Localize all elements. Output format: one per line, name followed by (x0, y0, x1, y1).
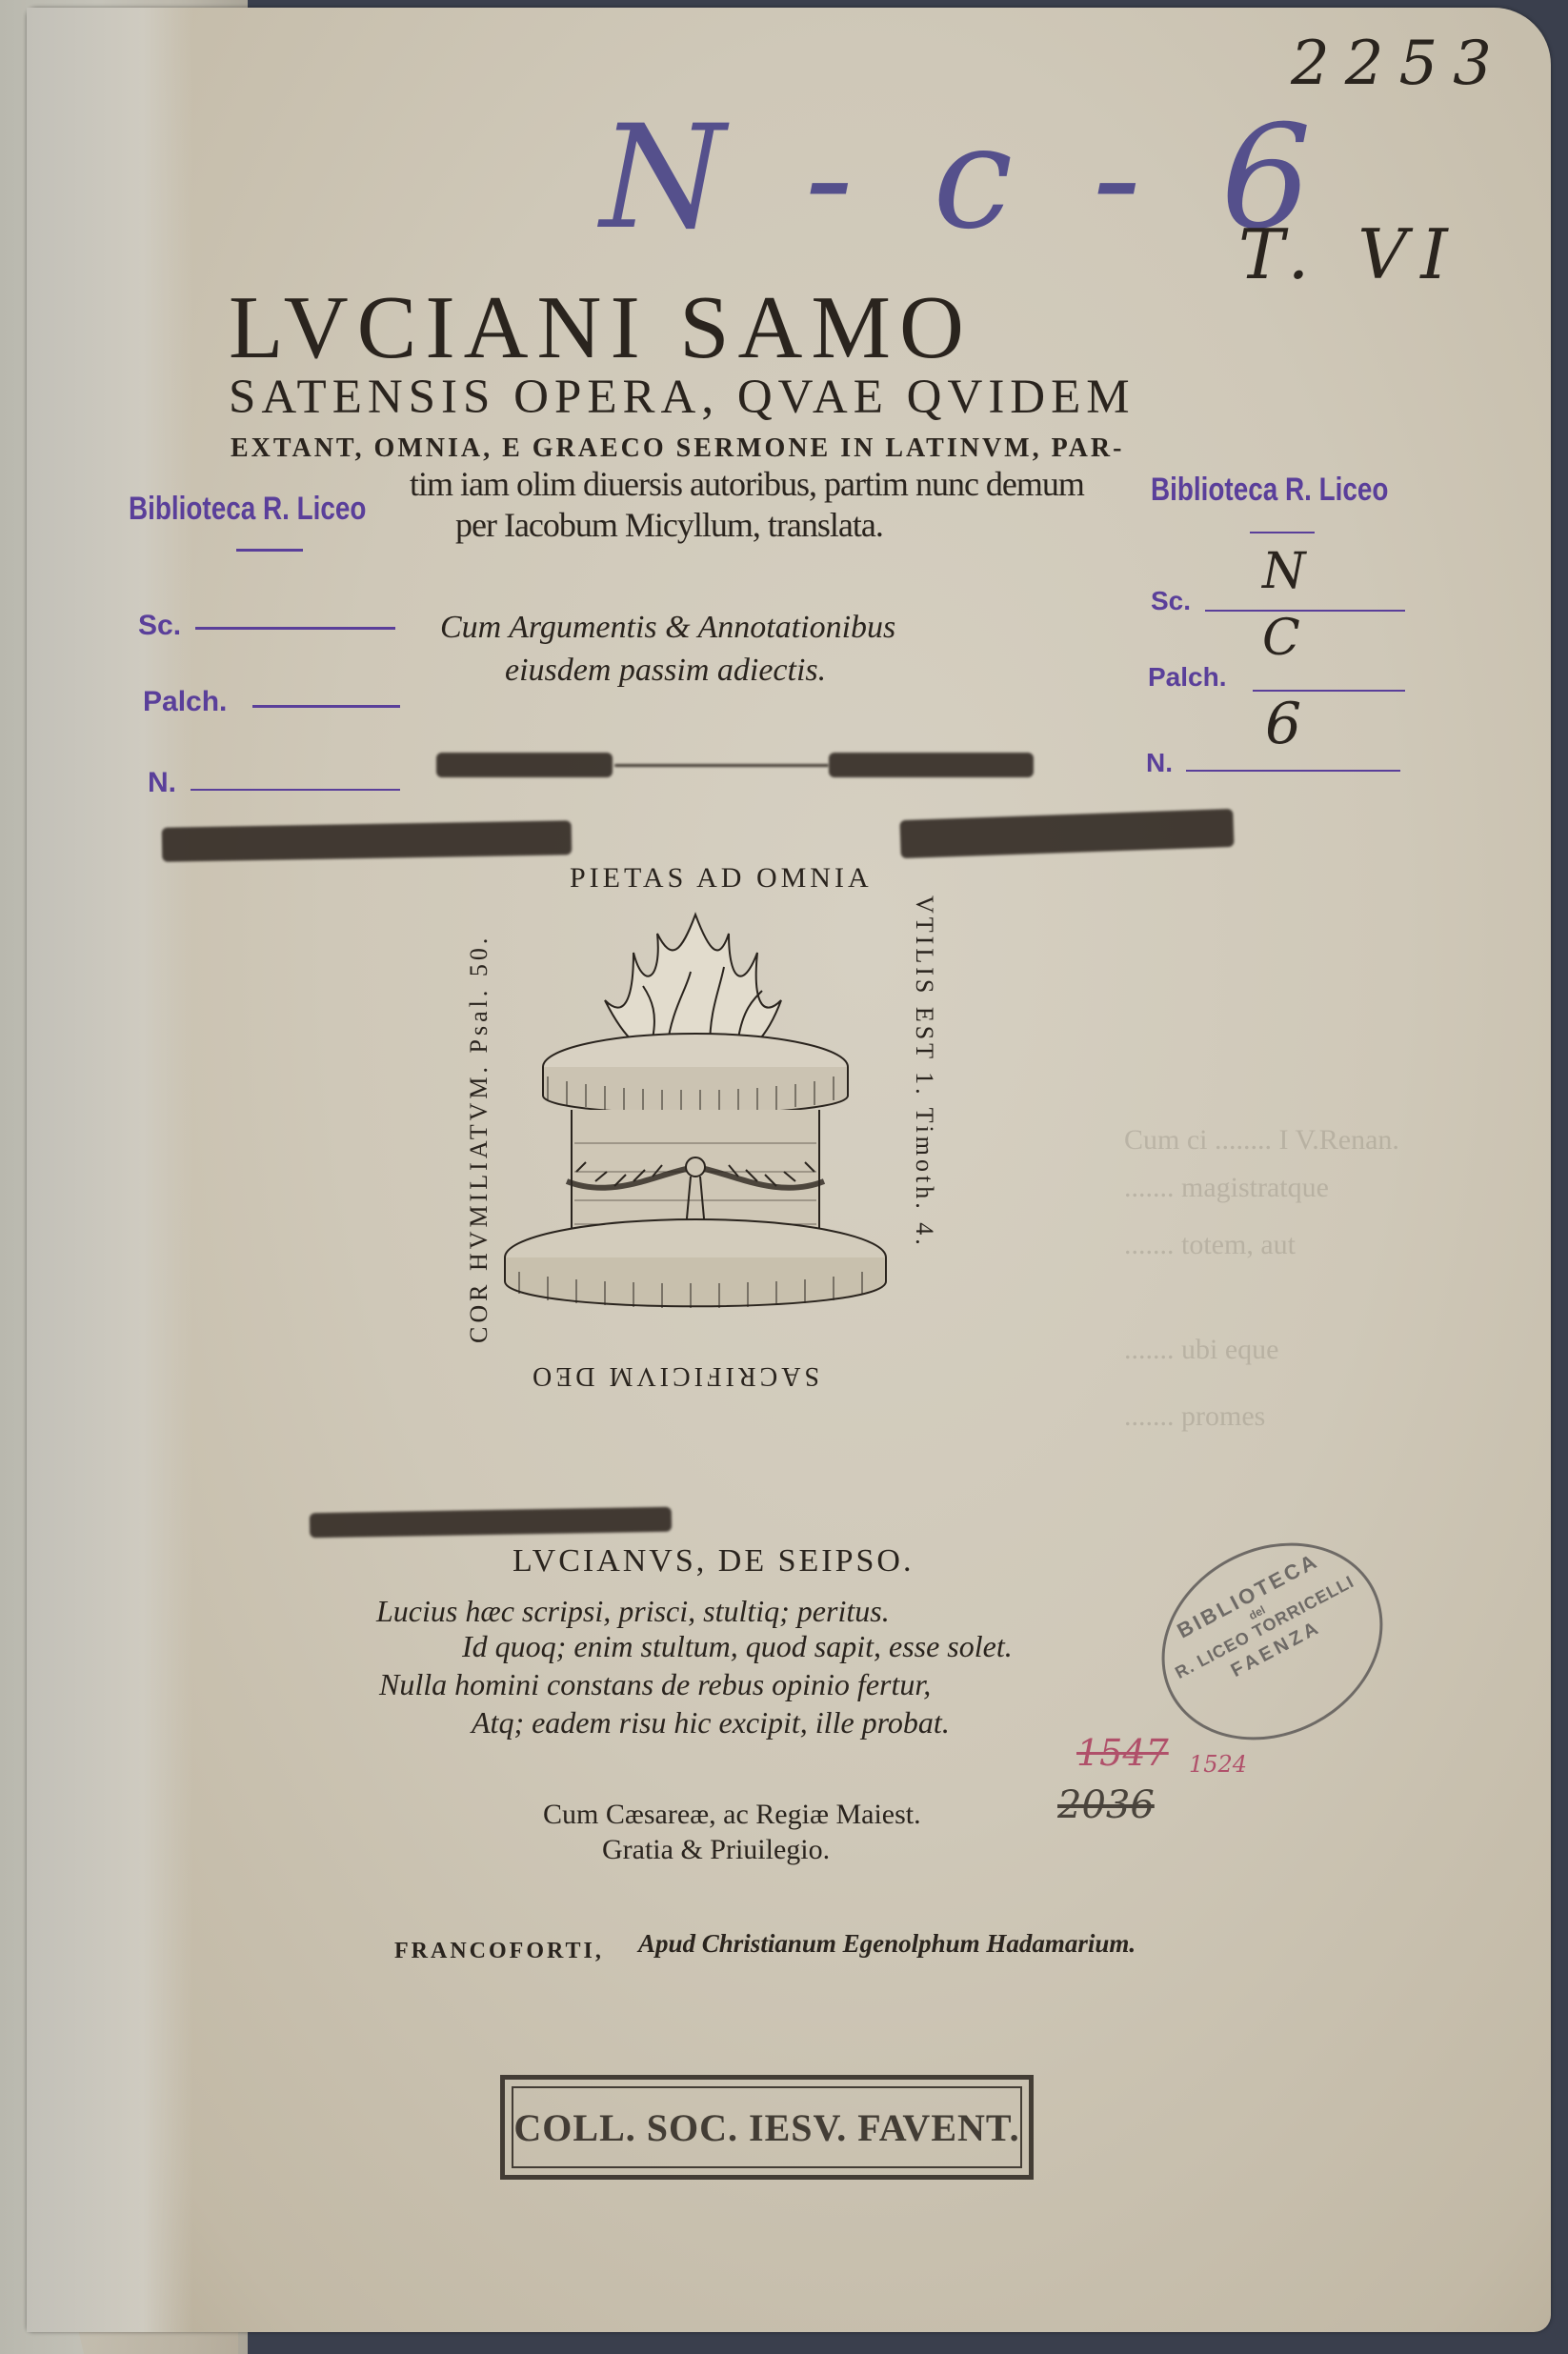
flaming-altar-woodcut-icon (491, 895, 900, 1315)
privilege-line-1: Cum Cæsareæ, ac Regiæ Maiest. (543, 1799, 921, 1831)
bleed-through-text: ....... magistratque (1124, 1172, 1329, 1204)
emblem-motto-left: COR HVMILIATVM. Psal. 50. (465, 935, 493, 1343)
ink-strikeout (162, 820, 573, 861)
stamp-left-field-palch: Palch. (143, 686, 227, 718)
epigram-line-3: Nulla homini constans de rebus opinio fe… (379, 1667, 931, 1702)
title-line-3: EXTANT, OMNIA, E GRAECO SERMONE IN LATIN… (231, 433, 1124, 464)
emblem-motto-bottom: SACRIFICIVM DEO (529, 1360, 819, 1391)
subtitle-line-1: Cum Argumentis & Annotationibus (440, 610, 895, 646)
page-left-edge-shading (27, 8, 193, 2332)
stamp-left-field-sc: Sc. (138, 610, 181, 642)
emblem-motto-right: VTILIS EST 1. Timoth. 4. (910, 895, 938, 1249)
ink-strikeout (829, 753, 1034, 777)
bleed-through-text: ....... ubi eque (1124, 1334, 1278, 1366)
inventory-number-red: 1524 (1189, 1751, 1247, 1778)
stamp-right-field-n: N. (1146, 748, 1173, 778)
stamp-left-line-palch (252, 705, 400, 708)
stamp-right-value-palch: C (1262, 610, 1300, 667)
emblem-motto-top: PIETAS AD OMNIA (570, 862, 873, 895)
imprint-printer: Apud Christianum Egenolphum Hadamarium. (638, 1929, 1136, 1959)
accession-number-handwritten: 2253 (1291, 29, 1507, 99)
privilege-line-2: Gratia & Priuilegio. (602, 1834, 830, 1866)
stamp-divider (236, 549, 303, 552)
volume-handwritten: T. VI (1238, 214, 1461, 294)
epigram-line-1: Lucius hæc scripsi, prisci, stultiq; per… (376, 1594, 890, 1629)
epigram-heading: LVCIANVS, DE SEIPSO. (513, 1543, 914, 1579)
library-stamp-left-title: Biblioteca R. Liceo (129, 491, 366, 528)
stamp-right-line-sc (1205, 610, 1405, 612)
ink-strikeout (436, 753, 613, 777)
stamp-left-field-n: N. (148, 767, 176, 799)
subtitle-line-2: eiusdem passim adiectis. (505, 653, 826, 689)
jesuit-college-stamp: COLL. SOC. IESV. FAVENT. (500, 2075, 1034, 2180)
stamp-right-line-n (1186, 770, 1400, 772)
inventory-number-struck: 2036 (1057, 1783, 1155, 1827)
stamp-right-value-sc: N (1262, 543, 1306, 600)
stamp-right-field-palch: Palch. (1148, 662, 1226, 693)
bleed-through-text: ....... promes (1124, 1400, 1265, 1433)
stamp-left-line-sc (195, 627, 395, 630)
epigram-line-4: Atq; eadem risu hic excipit, ille probat… (472, 1705, 950, 1740)
ink-strikeout (614, 764, 829, 767)
epigram-line-2: Id quoq; enim stultum, quod sapit, esse … (462, 1629, 1013, 1664)
title-line-5: per Iacobum Micyllum, translata. (455, 505, 883, 545)
bleed-through-text: ....... totem, aut (1124, 1229, 1296, 1261)
stamp-right-value-n: 6 (1265, 691, 1301, 757)
bleed-through-text: Cum ci ........ I V.Renan. (1124, 1124, 1399, 1157)
title-line-2: SATENSIS OPERA, QVAE QVIDEM (229, 370, 1136, 425)
stamp-right-field-sc: Sc. (1151, 586, 1191, 616)
imprint-place: FRANCOFORTI, (394, 1939, 604, 1964)
title-line-4: tim iam olim diuersis autoribus, partim … (410, 464, 1084, 504)
stamp-divider (1250, 532, 1315, 533)
stamp-left-line-n (191, 789, 400, 791)
jesuit-college-stamp-text: COLL. SOC. IESV. FAVENT. (513, 2105, 1019, 2150)
title-line-1: LVCIANI SAMO (229, 276, 973, 379)
shelfmark-handwritten: N - c - 6 (600, 95, 1329, 261)
inventory-number-struck-red: 1547 (1076, 1732, 1169, 1774)
library-stamp-right-title: Biblioteca R. Liceo (1151, 472, 1388, 509)
